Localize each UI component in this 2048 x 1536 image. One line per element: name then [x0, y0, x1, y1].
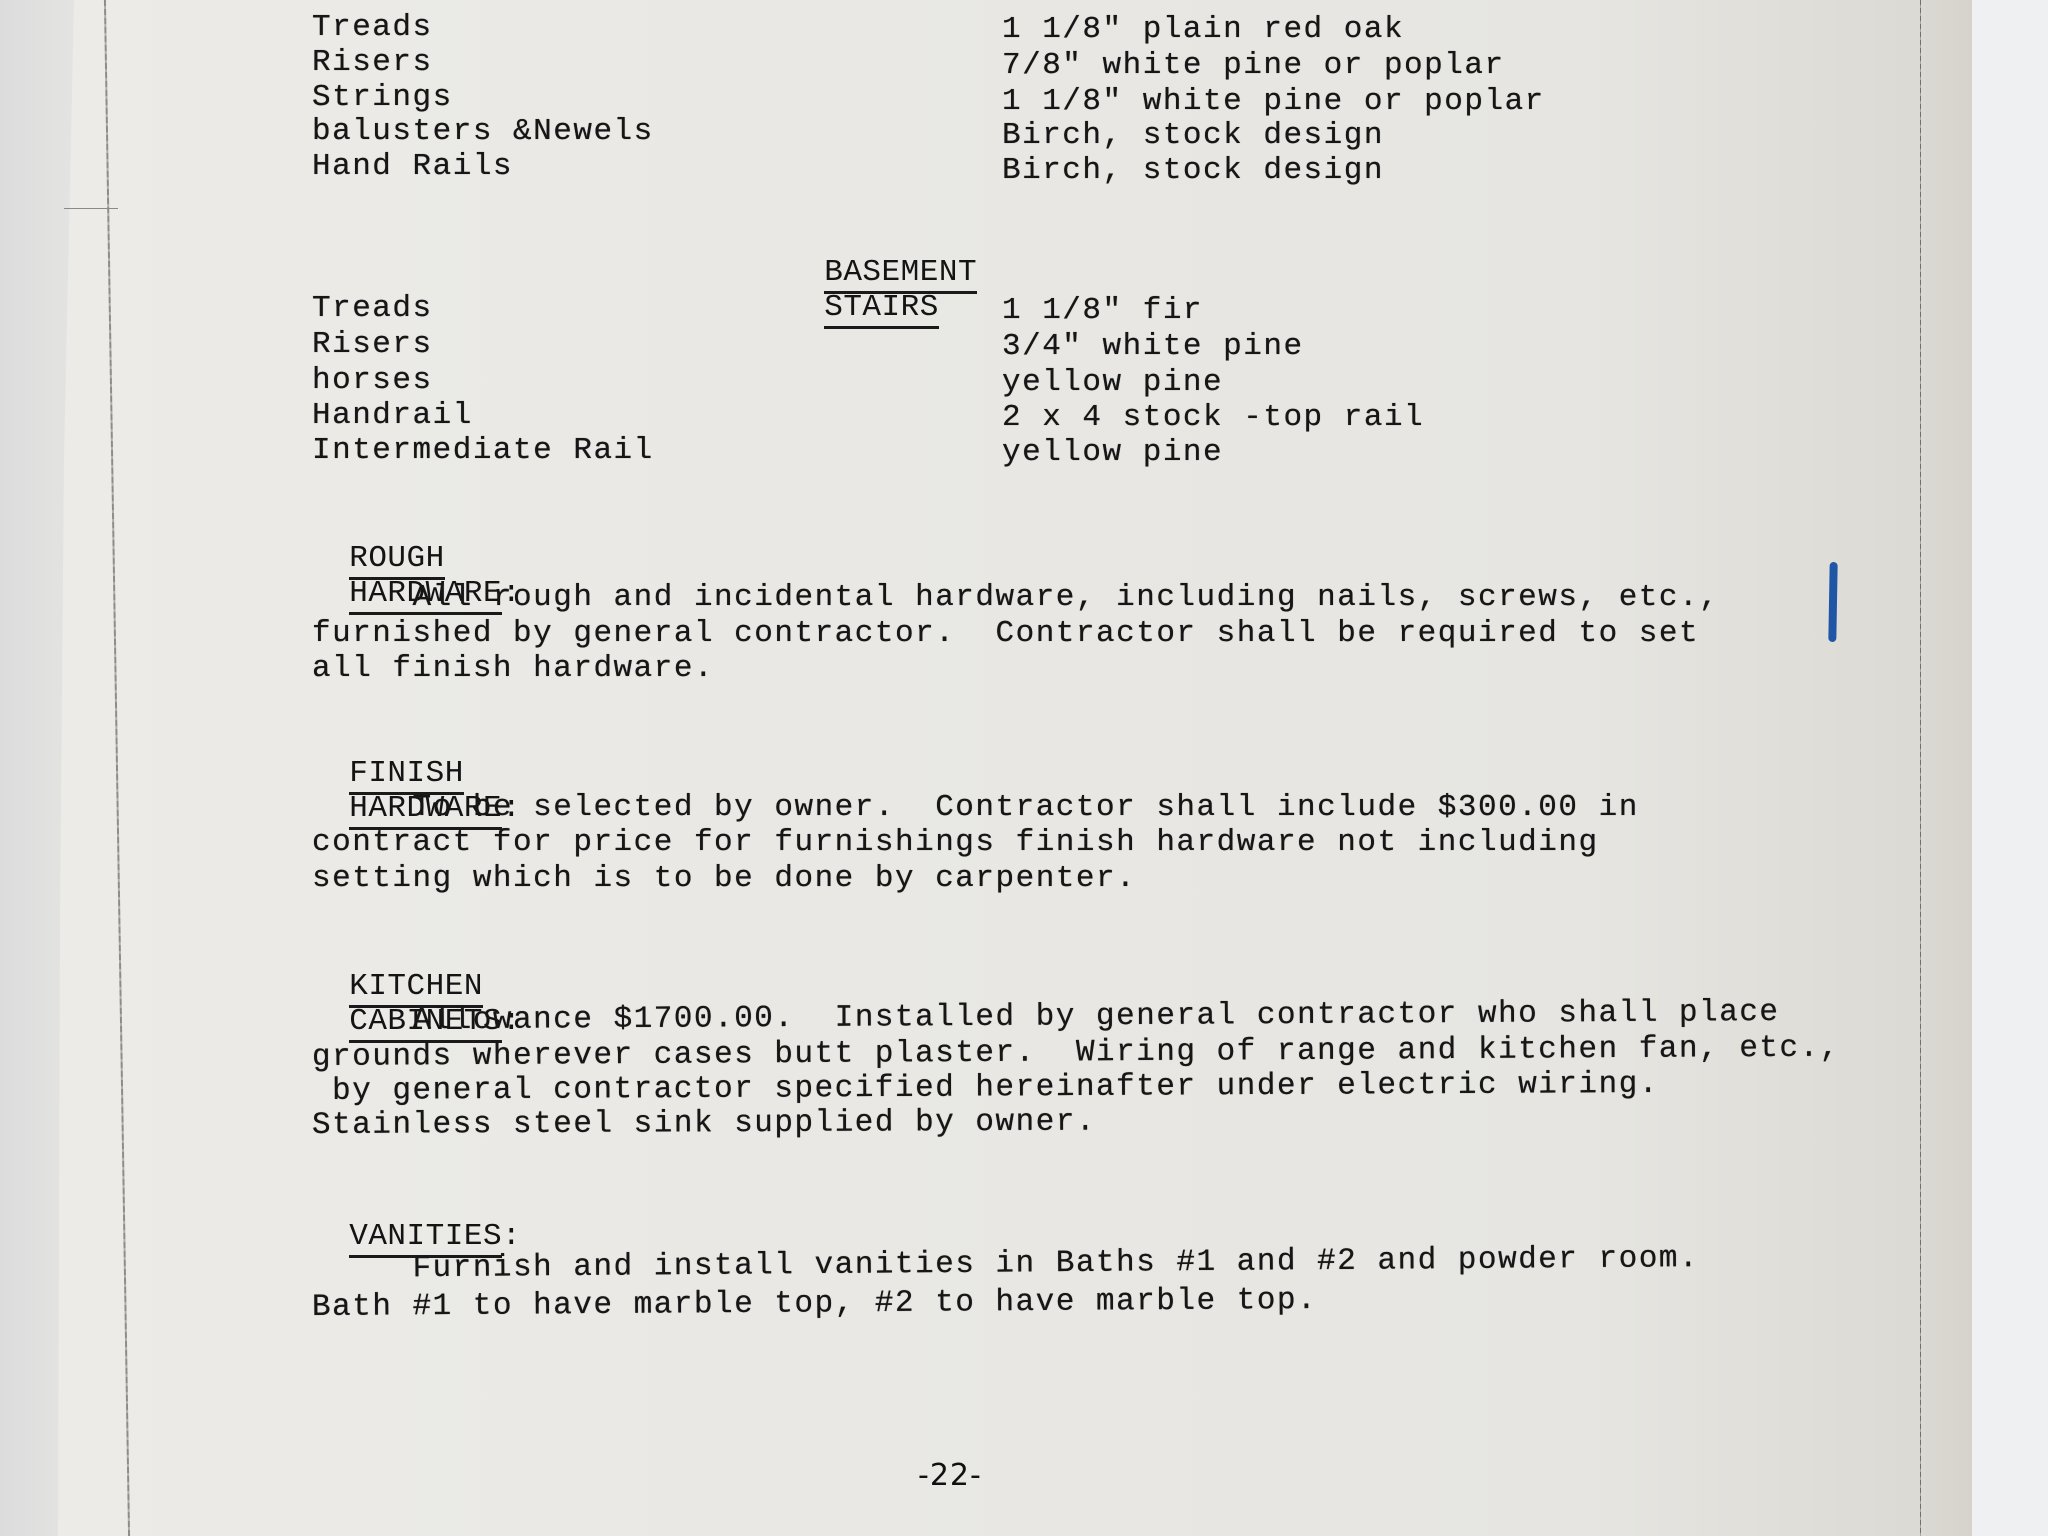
paragraph-line: All rough and incidental hardware, inclu…: [312, 580, 1719, 615]
spec-label: Intermediate Rail: [312, 433, 654, 468]
heading-word: ROUGH: [349, 541, 445, 580]
spec-label: horses: [312, 363, 433, 398]
heading-word: STAIRS: [824, 290, 939, 329]
spec-value: Birch, stock design: [1002, 153, 1384, 188]
paragraph-line: all finish hardware.: [312, 651, 714, 686]
heading-colon: :: [502, 1219, 521, 1254]
background-right: [1972, 0, 2048, 1536]
spec-label: Risers: [312, 327, 433, 362]
blue-pen-margin-mark: [1828, 562, 1837, 642]
spec-value: 1 1/8" fir: [1002, 293, 1203, 328]
page-number: -22-: [918, 1458, 982, 1493]
spec-label: Treads: [312, 291, 433, 326]
paragraph-line: setting which is to be done by carpenter…: [312, 861, 1136, 896]
spec-value: yellow pine: [1002, 435, 1223, 470]
spec-label: Treads: [312, 10, 433, 45]
spec-value: 1 1/8" white pine or poplar: [1002, 84, 1545, 119]
paragraph-line: To be selected by owner. Contractor shal…: [312, 790, 1639, 825]
right-margin-line: [1920, 0, 1921, 1536]
spec-value: yellow pine: [1002, 365, 1223, 400]
spec-label: Risers: [312, 45, 433, 80]
spec-label: balusters &Newels: [312, 114, 654, 149]
spec-value: 7/8" white pine or poplar: [1002, 48, 1505, 83]
heading-word: BASEMENT: [824, 255, 977, 294]
paragraph-line: contract for price for furnishings finis…: [312, 825, 1599, 860]
paragraph-line: furnished by general contractor. Contrac…: [312, 616, 1699, 651]
spec-value: Birch, stock design: [1002, 118, 1384, 153]
basement-stairs-heading: BASEMENT STAIRS: [786, 220, 977, 325]
spec-label: Strings: [312, 80, 453, 115]
vanities-heading: VANITIES:: [311, 1184, 521, 1254]
spec-label: Handrail: [312, 398, 473, 433]
paragraph-line: Stainless steel sink supplied by owner.: [312, 1105, 1096, 1143]
paragraph-line: by general contractor specified hereinaf…: [312, 1067, 1659, 1109]
spec-value: 1 1/8" plain red oak: [1002, 12, 1404, 47]
spec-label: Hand Rails: [312, 149, 513, 184]
spec-value: 3/4" white pine: [1002, 329, 1304, 364]
spec-value: 2 x 4 stock -top rail: [1002, 400, 1424, 435]
paragraph-line: Bath #1 to have marble top, #2 to have m…: [312, 1283, 1317, 1325]
margin-tick-mark: [64, 208, 118, 209]
